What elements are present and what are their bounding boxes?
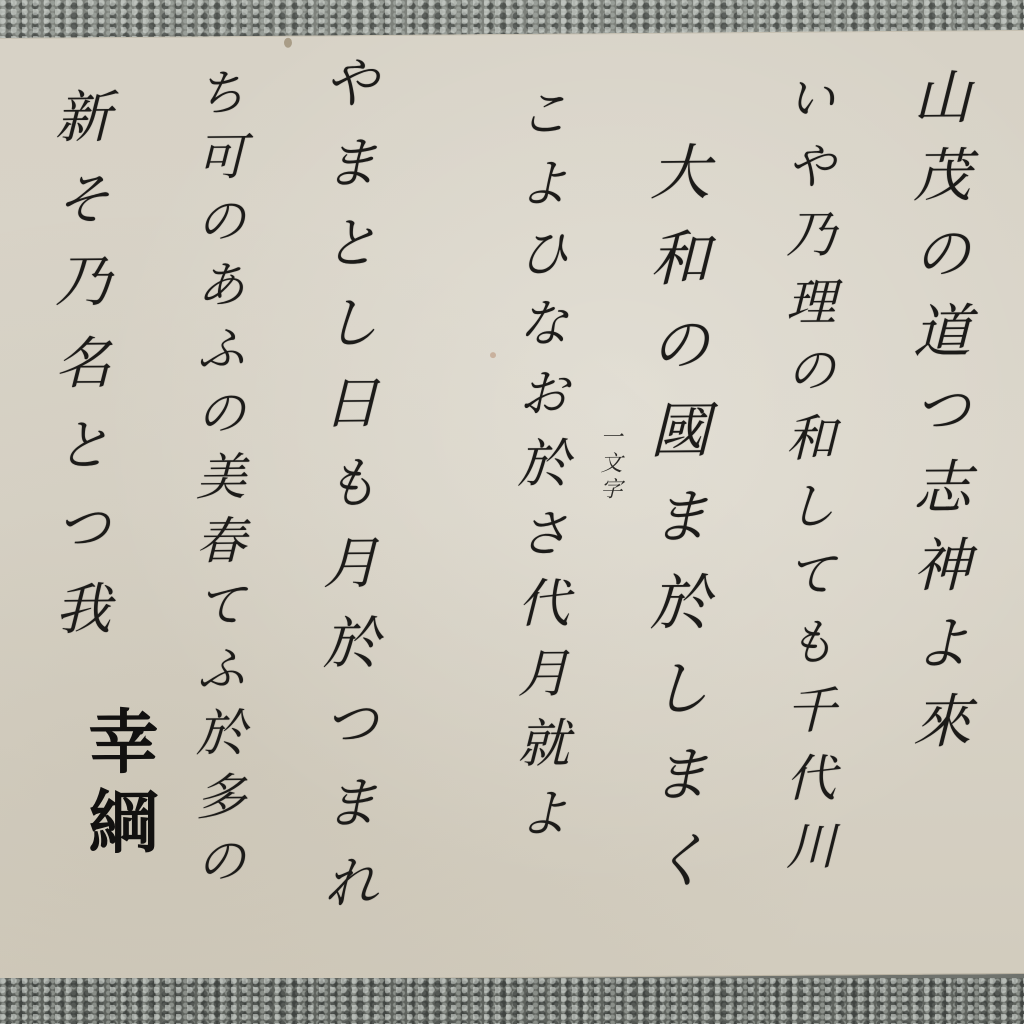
- calligraphy-column-2: いや乃理の和しても千代川: [782, 71, 832, 887]
- carpet-background-bottom: [0, 978, 1024, 1024]
- calligraphy-column-4: こよひなお於さ代月就よ: [512, 86, 564, 856]
- calligraphy-column-5: やまとし日も月於つまれ: [318, 53, 374, 933]
- paper-stain: [284, 38, 292, 48]
- calligraphy-column-7: 新そ乃名とつ我: [50, 87, 106, 661]
- author-signature: 幸綱: [68, 705, 169, 866]
- calligraphy-column-6: ち可のあふの美春てふ於多の: [192, 66, 242, 898]
- manuscript-paper: 山茂の道つ志神よ來 いや乃理の和しても千代川 大和の國ま於しまく こよひなお於さ…: [0, 30, 1024, 982]
- calligraphy-column-1: 山茂の道つ志神よ來: [908, 66, 966, 768]
- interlinear-annotation: 一文字: [594, 425, 625, 503]
- calligraphy-column-3: 大和の國ま於しまく: [645, 140, 705, 914]
- paper-stain: [490, 352, 496, 358]
